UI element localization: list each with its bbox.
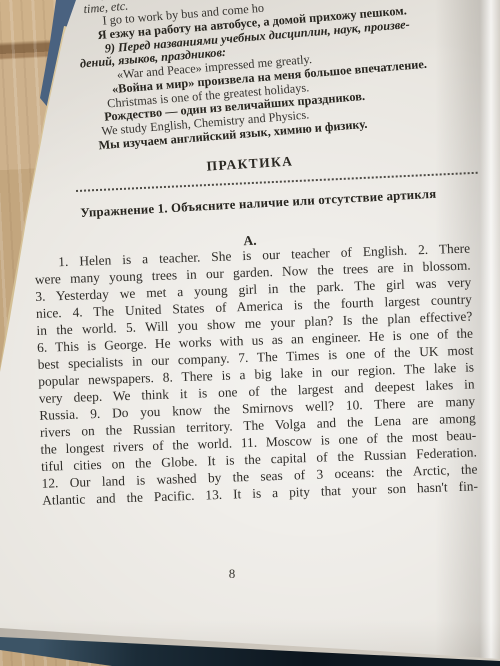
exercise-text-block: 1. Helen is a teacher. She is our teache… — [34, 240, 478, 509]
photo-of-textbook-page: { "colors": { "wood": "#c9ab83", "cover_… — [0, 0, 500, 666]
page-number: 8 — [0, 566, 464, 582]
